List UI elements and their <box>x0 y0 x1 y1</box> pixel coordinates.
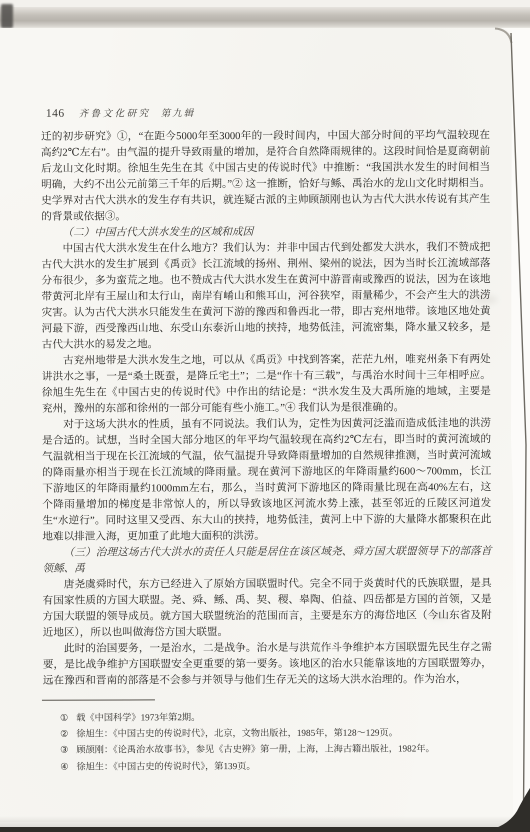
footnote-marker: ③ <box>60 742 68 758</box>
footnote: ③ 顾颉刚：《论禹治水故事书》，参见《古史辨》第一册，上海，上海古籍出版社，19… <box>60 741 496 759</box>
paragraph: 对于这场大洪水的性质，虽有不同说法。我们认为，定性为因黄河泛滥而造成低洼地的洪涝… <box>42 416 491 546</box>
footnote: ② 徐旭生：《中国古史的传说时代》，北京，文物出版社，1985年，第128～12… <box>60 724 496 742</box>
journal-title: 齐鲁文化研究 <box>79 105 151 119</box>
footnote-marker: ① <box>60 710 68 726</box>
footnote-marker: ④ <box>60 758 68 774</box>
paragraph-continuation: 迁的初步研究》①，“在距今5000年至3000年的一段时间内，中国大部分时间的平… <box>41 128 490 226</box>
paragraph: 中国古代大洪水发生在什么地方？我们认为：并非中国古代到处都发大洪水，我们不赞成把… <box>41 240 490 354</box>
volume-label: 第九辑 <box>161 105 196 119</box>
footnote-text: 徐旭生：《中国古史的传说时代》，第139页。 <box>76 757 496 775</box>
scan-bottom-shadow <box>0 816 530 828</box>
section-heading-2: （二）中国古代大洪水发生的区域和成因 <box>41 224 490 242</box>
paragraph: 唐尧虞舜时代，东方已经进入了原始方国联盟时代。完全不同于炎黄时代的氏族联盟，是具… <box>43 576 492 642</box>
paragraph: 此时的治国要务，一是治水，二是战争。治水是与洪荒作斗争维护本方国联盟先民生存之需… <box>43 640 492 690</box>
footnote-marker: ② <box>60 726 68 742</box>
page-number: 146 <box>46 108 65 120</box>
section-heading-3: （三）治理这场古代大洪水的责任人只能是居住在该区域尧、舜方国大联盟领导下的部落首… <box>42 544 491 578</box>
footnotes: ① 载《中国科学》1973年第2期。 ② 徐旭生：《中国古史的传说时代》，北京，… <box>60 708 496 774</box>
footnote-text: 顾颉刚：《论禹治水故事书》，参见《古史辨》第一册，上海，上海古籍出版社，1982… <box>76 741 496 759</box>
scan-top-edge-band <box>0 7 530 28</box>
footnote-text: 徐旭生：《中国古史的传说时代》，北京，文物出版社，1985年，第128～129页… <box>76 724 496 742</box>
paragraph: 古兖州地带是大洪水发生之地，可以从《禹贡》中找到答案，茫茫九州，唯兖州条下有两处… <box>42 352 491 418</box>
scan-corner-smudge <box>1 4 13 28</box>
page-content: 146 齐鲁文化研究 第九辑 迁的初步研究》①，“在距今5000年至3000年的… <box>0 27 514 823</box>
running-header: 146 齐鲁文化研究 第九辑 <box>46 105 195 120</box>
footnote: ① 载《中国科学》1973年第2期。 <box>60 708 496 726</box>
book-page: 146 齐鲁文化研究 第九辑 迁的初步研究》①，“在距今5000年至3000年的… <box>0 28 513 822</box>
body-text: 迁的初步研究》①，“在距今5000年至3000年的一段时间内，中国大部分时间的平… <box>41 128 492 690</box>
footnote-text: 载《中国科学》1973年第2期。 <box>76 708 496 726</box>
footnote-divider <box>42 699 155 700</box>
footnote: ④ 徐旭生：《中国古史的传说时代》，第139页。 <box>60 757 496 775</box>
scanned-page: 146 齐鲁文化研究 第九辑 迁的初步研究》①，“在距今5000年至3000年的… <box>0 0 530 832</box>
